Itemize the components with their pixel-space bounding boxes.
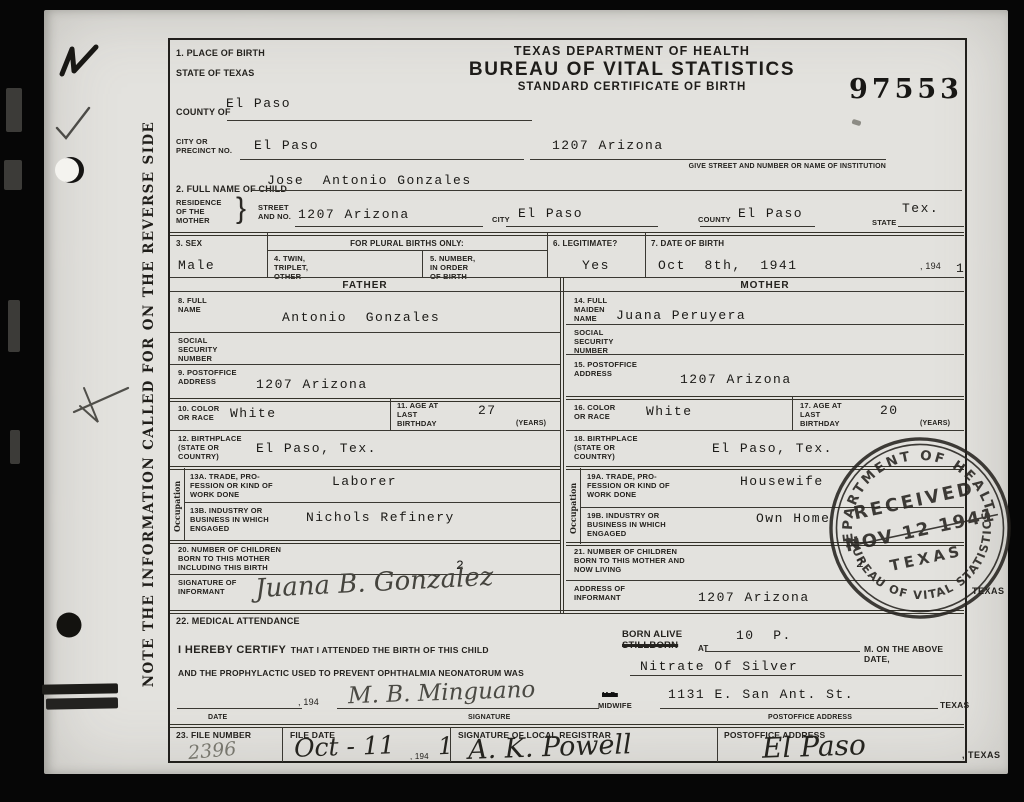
mother-children-label: 21. NUMBER OF CHILDREN BORN TO THIS MOTH… xyxy=(574,547,692,574)
mother-race-value: White xyxy=(646,404,693,419)
father-ssn-label: SOCIAL SECURITY NUMBER xyxy=(178,336,224,363)
mother-po-value: 1207 Arizona xyxy=(680,372,792,387)
informant-signature-label: SIGNATURE OF INFORMANT xyxy=(178,578,244,596)
dept-title: TEXAS DEPARTMENT OF HEALTH xyxy=(332,44,932,58)
father-industry-value: Nichols Refinery xyxy=(306,510,455,525)
mother-name-value: Juana Peruyera xyxy=(616,308,746,323)
mother-industry-label: 19B. INDUSTRY OR BUSINESS IN WHICH ENGAG… xyxy=(587,511,671,538)
mother-race-label: 16. COLOR OR RACE xyxy=(574,403,620,421)
pencil-checkmark xyxy=(52,104,94,142)
punch-hole-bottom xyxy=(54,610,84,640)
mother-po-label: 15. POSTOFFICE ADDRESS xyxy=(574,360,640,378)
mother-birthplace-value: El Paso, Tex. xyxy=(712,441,833,456)
father-trade-value: Laborer xyxy=(332,474,397,489)
mother-ssn-label: SOCIAL SECURITY NUMBER xyxy=(574,328,620,355)
father-section-title: FATHER xyxy=(170,280,560,291)
father-children-label: 20. NUMBER OF CHILDREN BORN TO THIS MOTH… xyxy=(178,545,296,572)
punch-hole-top xyxy=(56,155,86,185)
file-year-digit: 1 xyxy=(438,732,454,761)
mother-age-label: 17. AGE AT LAST BIRTHDAY xyxy=(800,401,844,428)
stillborn-option-struck: STILLBORN xyxy=(622,640,678,652)
scan-edge-blob xyxy=(8,300,20,352)
certificate-form: 1. PLACE OF BIRTH STATE OF TEXAS TEXAS D… xyxy=(168,38,967,763)
file-date-value: Oct - 11 xyxy=(294,730,396,762)
attendant-signature: M. B. Minguano xyxy=(348,677,536,710)
scan-edge-blob xyxy=(4,160,22,190)
father-name-label: 8. FULL NAME xyxy=(178,296,214,314)
residence-state-label: STATE xyxy=(872,218,896,227)
ink-smudge-bar xyxy=(46,697,118,709)
local-registrar-signature: A. K. Powell xyxy=(468,729,633,766)
father-industry-label: 13B. INDUSTRY OR BUSINESS IN WHICH ENGAG… xyxy=(190,506,274,533)
received-stamp: DEPARTMENT OF HEALTH BUREAU OF VITAL STA… xyxy=(820,428,1020,628)
mother-section-title: MOTHER xyxy=(566,280,964,291)
residence-state-value: Tex. xyxy=(902,201,939,216)
pen-mark-n xyxy=(56,40,102,82)
street-hint: GIVE STREET AND NUMBER OR NAME OF INSTIT… xyxy=(572,163,886,172)
file-year-print: , 194 xyxy=(410,752,429,762)
child-name-value: Jose Antonio Gonzales xyxy=(267,173,472,188)
pencil-x-mark xyxy=(72,382,134,426)
postoffice-caption: POSTOFFICE ADDRESS xyxy=(768,714,852,723)
county-value: El Paso xyxy=(226,96,291,111)
city-precinct-label: CITY OR PRECINCT NO. xyxy=(176,137,234,155)
father-age-unit: (YEARS) xyxy=(516,420,546,429)
stamp-state-text: TEXAS xyxy=(888,542,965,575)
father-trade-label: 13A. TRADE, PRO- FESSION OR KIND OF WORK… xyxy=(190,472,274,499)
attendant-year-print: , 194 xyxy=(298,697,319,708)
father-birthplace-value: El Paso, Tex. xyxy=(256,441,377,456)
mother-name-label: 14. FULL MAIDEN NAME xyxy=(574,296,610,323)
certificate-title: STANDARD CERTIFICATE OF BIRTH xyxy=(332,81,932,93)
md-label-struck: M.D. xyxy=(602,690,618,699)
father-age-label: 11. AGE AT LAST BIRTHDAY xyxy=(397,401,441,428)
dob-year-typed: 1 xyxy=(956,261,965,276)
city-value: El Paso xyxy=(254,138,319,153)
certificate-number: 97553 xyxy=(846,74,966,105)
dob-year-print: , 194 xyxy=(920,261,941,272)
legitimate-value: Yes xyxy=(582,258,610,273)
file-number-value: 2396 xyxy=(187,738,237,764)
after-time-label: M. ON THE ABOVE DATE, xyxy=(864,644,965,665)
sex-value: Male xyxy=(178,258,215,273)
medical-attendance-label: 22. MEDICAL ATTENDANCE xyxy=(176,616,300,627)
dob-label: 7. DATE OF BIRTH xyxy=(651,239,724,249)
dob-value: Oct 8th, 1941 xyxy=(658,258,798,273)
residence-brace: } xyxy=(236,192,246,226)
form-header: TEXAS DEPARTMENT OF HEALTH BUREAU OF VIT… xyxy=(332,44,932,93)
residence-city-label: CITY xyxy=(492,215,510,224)
legitimate-label: 6. LEGITIMATE? xyxy=(553,239,617,249)
signature-caption: SIGNATURE xyxy=(468,714,511,723)
margin-state-label: , TEXAS xyxy=(962,750,1001,760)
residence-street-value: 1207 Arizona xyxy=(298,207,410,222)
midwife-label: MIDWIFE xyxy=(598,701,632,710)
father-name-value: Antonio Gonzales xyxy=(282,310,440,325)
reverse-side-note: NOTE THE INFORMATION CALLED FOR ON THE R… xyxy=(141,121,157,687)
street-value: 1207 Arizona xyxy=(552,138,664,153)
attendant-address: 1131 E. San Ant. St. xyxy=(668,687,854,702)
informant-address-label: ADDRESS OF INFORMANT xyxy=(574,584,634,602)
father-occupation-vertical-label: Occupation xyxy=(172,472,182,540)
plural-births-header: FOR PLURAL BIRTHS ONLY: xyxy=(267,239,547,249)
certify-statement: I HEREBY CERTIFY THAT I ATTENDED THE BIR… xyxy=(178,640,489,658)
father-po-label: 9. POSTOFFICE ADDRESS xyxy=(178,368,244,386)
street-and-no-label: STREET AND NO. xyxy=(258,203,296,221)
prophylactic-value: Nitrate Of Silver xyxy=(640,659,798,674)
registrar-po-value: El Paso xyxy=(761,728,866,765)
place-of-birth-label: 1. PLACE OF BIRTH xyxy=(176,48,265,59)
date-caption: DATE xyxy=(208,714,227,723)
at-label: AT xyxy=(698,644,708,654)
county-of-label: COUNTY OF xyxy=(176,107,231,118)
sex-label: 3. SEX xyxy=(176,239,202,249)
attendant-state-label: TEXAS xyxy=(940,700,969,710)
mother-trade-label: 19A. TRADE, PRO- FESSION OR KIND OF WORK… xyxy=(587,472,671,499)
father-race-value: White xyxy=(230,406,277,421)
birth-time-value: 10 P. xyxy=(736,628,792,643)
scan-edge-blob xyxy=(10,430,20,464)
certify-rest: THAT I ATTENDED THE BIRTH OF THIS CHILD xyxy=(291,645,489,655)
scanned-birth-certificate: NOTE THE INFORMATION CALLED FOR ON THE R… xyxy=(0,0,1024,802)
father-po-value: 1207 Arizona xyxy=(256,377,368,392)
residence-county-value: El Paso xyxy=(738,206,803,221)
mother-age-value: 20 xyxy=(880,403,899,418)
mother-occupation-vertical-label: Occupation xyxy=(568,474,578,542)
prophylactic-label: AND THE PROPHYLACTIC USED TO PREVENT OPH… xyxy=(178,668,524,678)
born-alive-option: BORN ALIVE xyxy=(622,629,682,641)
father-age-value: 27 xyxy=(478,403,497,418)
residence-label: RESIDENCE OF THE MOTHER xyxy=(176,198,226,225)
bureau-title: BUREAU OF VITAL STATISTICS xyxy=(332,59,932,81)
scan-edge-blob xyxy=(6,88,22,132)
father-birthplace-label: 12. BIRTHPLACE (STATE OR COUNTRY) xyxy=(178,434,244,461)
residence-city-value: El Paso xyxy=(518,206,583,221)
certify-strong: I HEREBY CERTIFY xyxy=(178,644,286,656)
state-of-texas-label: STATE OF TEXAS xyxy=(176,68,254,79)
ink-smudge-bar xyxy=(42,683,118,694)
informant-address-value: 1207 Arizona xyxy=(698,590,810,605)
residence-county-label: COUNTY xyxy=(698,215,731,224)
father-race-label: 10. COLOR OR RACE xyxy=(178,404,224,422)
mother-trade-value: Housewife xyxy=(740,474,824,489)
mother-birthplace-label: 18. BIRTHPLACE (STATE OR COUNTRY) xyxy=(574,434,640,461)
